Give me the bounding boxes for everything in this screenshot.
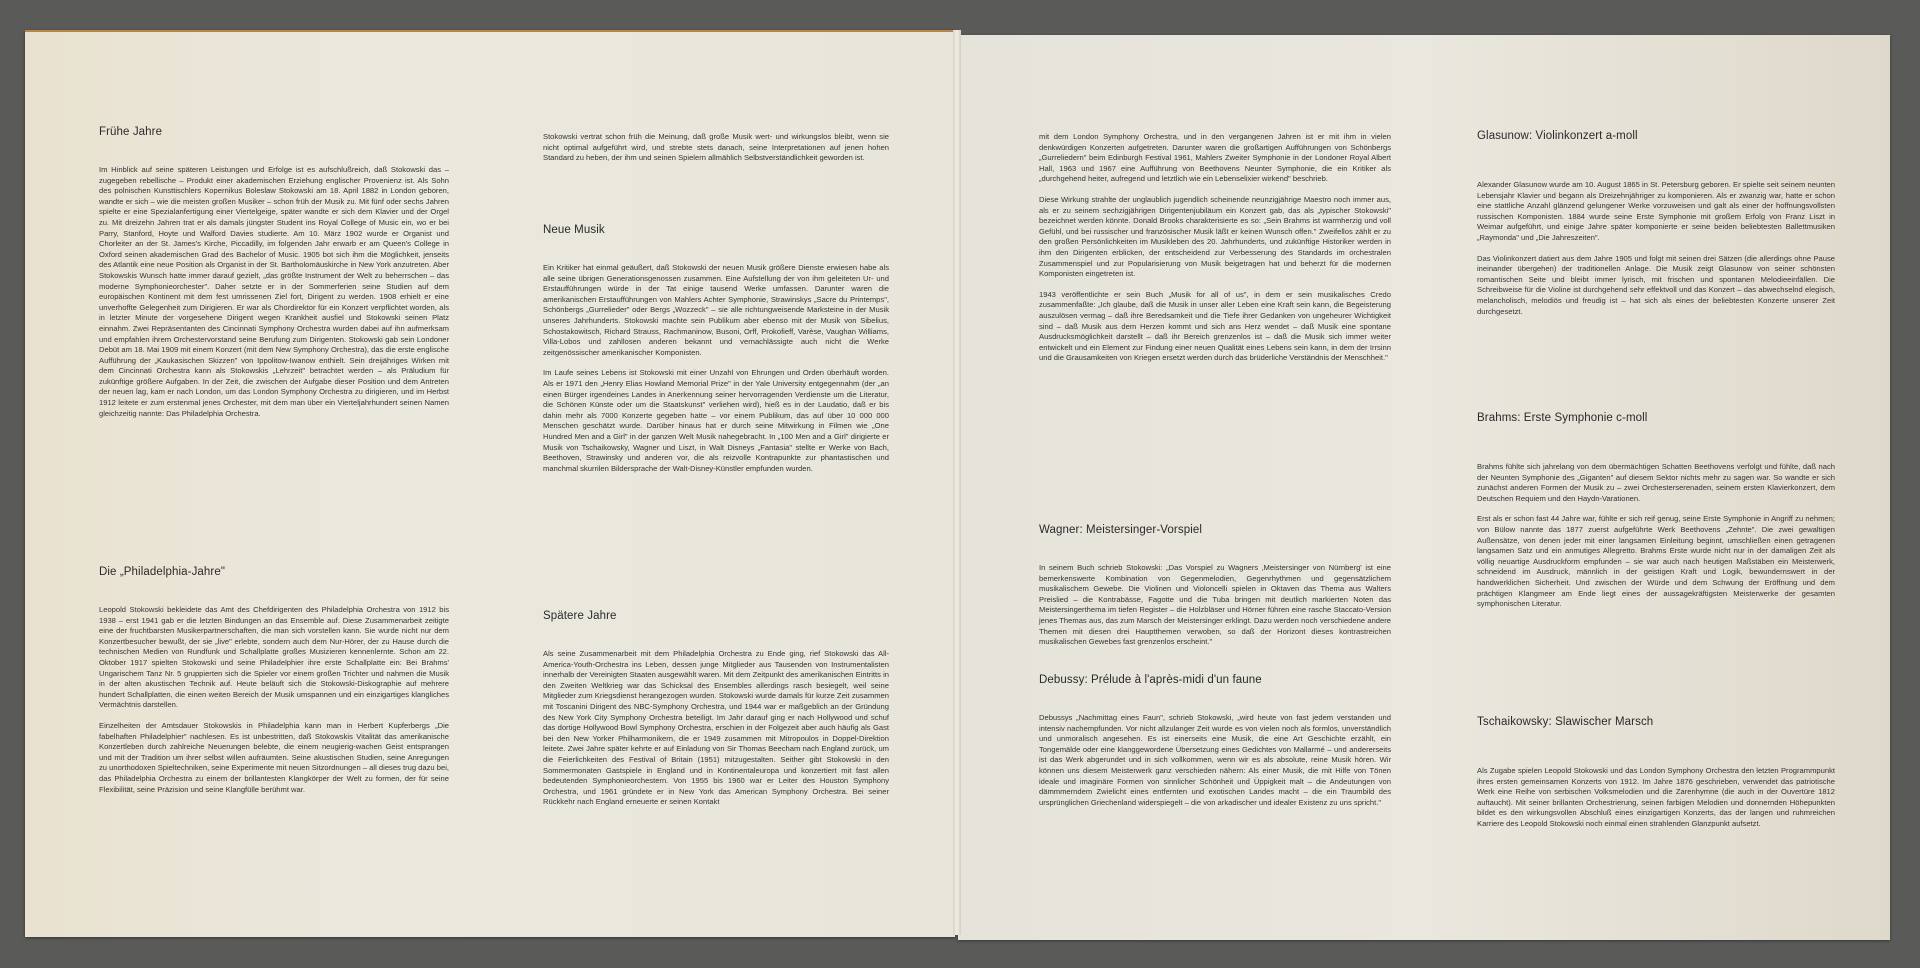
paragraph: Alexander Glasunow wurde am 10. August 1…: [1477, 180, 1835, 244]
paragraph: Im Hinblick auf seine späteren Leistunge…: [99, 165, 449, 419]
section-heading: Wagner: Meistersinger-Vorspiel: [1039, 524, 1391, 536]
paragraph: Ein Kritiker hat einmal geäußert, daß St…: [543, 263, 889, 358]
section-neue-musik: Neue Musik Ein Kritiker hat einmal geäuß…: [543, 224, 889, 474]
paragraph: mit dem London Symphony Orchestra, und i…: [1039, 132, 1391, 185]
paragraph: Als seine Zusammenarbeit mit dem Philade…: [543, 649, 889, 808]
paragraph: Erst als er schon fast 44 Jahre war, füh…: [1477, 514, 1835, 609]
section-philadelphia-jahre: Die „Philadelphia-Jahre" Leopold Stokows…: [99, 566, 449, 795]
section-fruehe-jahre: Frühe Jahre Im Hinblick auf seine später…: [99, 126, 449, 419]
paragraph: Stokowski vertrat schon früh die Meinung…: [543, 132, 889, 164]
section-wagner: Wagner: Meistersinger-Vorspiel In seinem…: [1039, 524, 1391, 648]
paragraph: Im Laufe seines Lebens ist Stokowski mit…: [543, 368, 889, 474]
paragraph: Als Zugabe spielen Leopold Stokowski und…: [1477, 766, 1835, 830]
section-heading: Glasunow: Violinkonzert a-moll: [1477, 130, 1835, 142]
section-brahms: Brahms: Erste Symphonie c-moll Brahms fü…: [1477, 412, 1835, 610]
paragraph: Das Violinkonzert datiert aus dem Jahre …: [1477, 254, 1835, 318]
paragraph: In seinem Buch schrieb Stokowski: „Das V…: [1039, 563, 1391, 648]
section-heading: Frühe Jahre: [99, 126, 449, 138]
section-heading: Neue Musik: [543, 224, 889, 236]
paragraph: Leopold Stokowski bekleidete das Amt des…: [99, 605, 449, 711]
section-glasunow: Glasunow: Violinkonzert a-moll Alexander…: [1477, 130, 1835, 317]
paragraph: Einzelheiten der Amtsdauer Stokowskis in…: [99, 721, 449, 795]
paragraph: Debussys „Nachmittag eines Faun", schrie…: [1039, 713, 1391, 808]
section-heading: Debussy: Prélude à l'après-midi d'un fau…: [1039, 674, 1391, 686]
section-debussy: Debussy: Prélude à l'après-midi d'un fau…: [1039, 674, 1391, 808]
section-heading: Tschaikowsky: Slawischer Marsch: [1477, 716, 1835, 728]
paragraph: Diese Wirkung strahlte der unglaublich j…: [1039, 195, 1391, 280]
paragraph: 1943 veröffentlichte er sein Buch „Musik…: [1039, 290, 1391, 364]
section-heading: Brahms: Erste Symphonie c-moll: [1477, 412, 1835, 424]
section-london-continued: mit dem London Symphony Orchestra, und i…: [1039, 132, 1391, 364]
section-heading: Die „Philadelphia-Jahre": [99, 566, 449, 578]
section-spaetere-jahre: Spätere Jahre Als seine Zusammenarbeit m…: [543, 610, 889, 808]
gatefold-spine: [953, 30, 961, 935]
section-intro-continued: Stokowski vertrat schon früh die Meinung…: [543, 132, 889, 164]
section-tschaikowsky: Tschaikowsky: Slawischer Marsch Als Zuga…: [1477, 716, 1835, 830]
section-heading: Spätere Jahre: [543, 610, 889, 622]
paragraph: Brahms fühlte sich jahrelang von dem übe…: [1477, 462, 1835, 504]
